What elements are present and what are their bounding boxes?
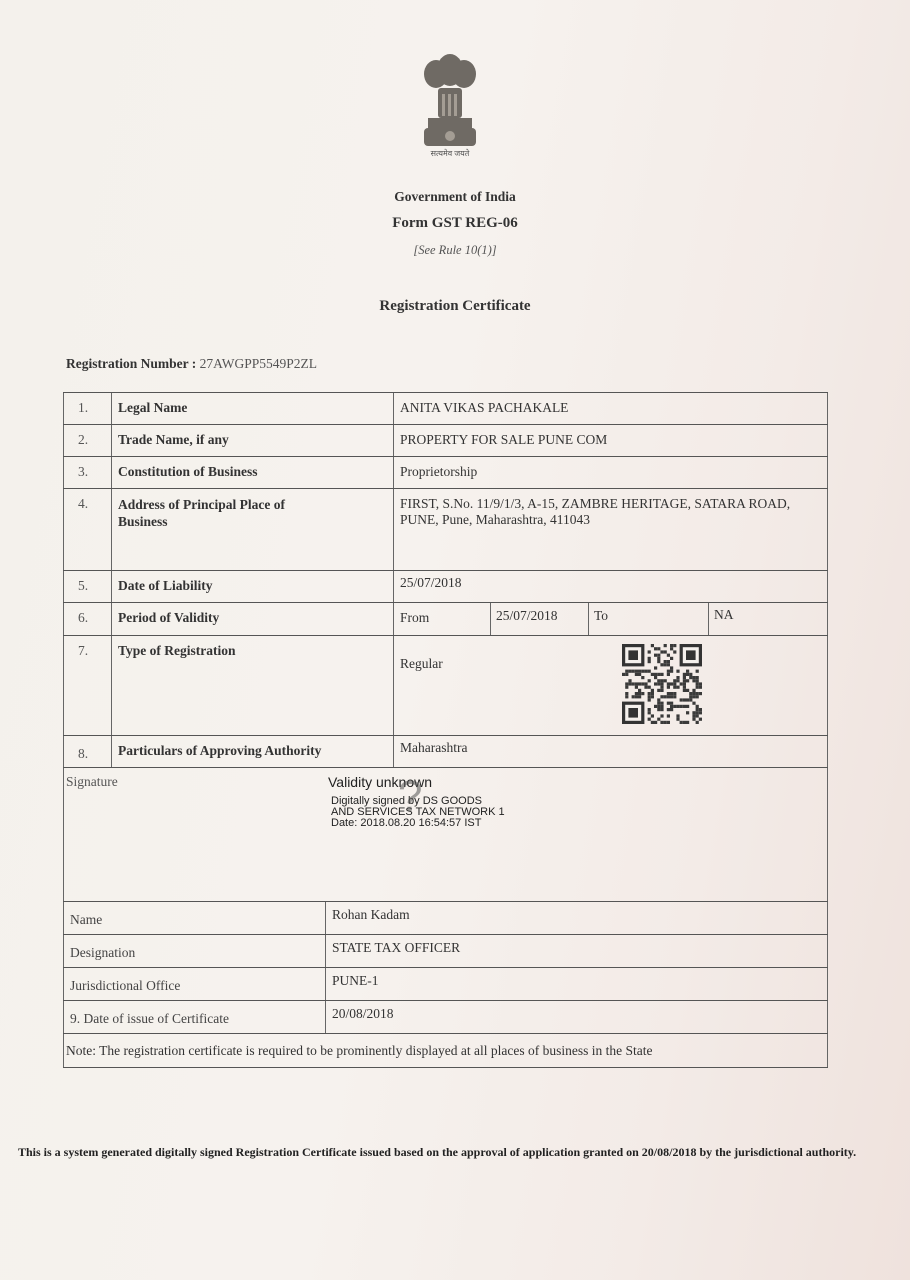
row-label: Type of Registration — [111, 636, 393, 736]
certificate-title: Registration Certificate — [0, 298, 910, 315]
row-label: Date of Liability — [111, 571, 393, 603]
registration-number: Registration Number : 27AWGPP5549P2ZL — [66, 356, 317, 372]
government-heading: Government of India — [0, 189, 910, 205]
constitution-value: Proprietorship — [393, 457, 828, 489]
table-row: 1. Legal Name ANITA VIKAS PACHAKALE — [63, 392, 828, 425]
form-heading: Form GST REG-06 — [0, 215, 910, 232]
table-row: Name Rohan Kadam — [63, 901, 828, 935]
jurisdictional-office-value: PUNE-1 — [325, 968, 828, 1001]
row-label: Particulars of Approving Authority — [111, 736, 393, 768]
table-row: 4. Address of Principal Place of Busines… — [63, 488, 828, 571]
signature-section: Signature ? Validity unknown Digitally s… — [63, 767, 828, 902]
table-row: 2. Trade Name, if any PROPERTY FOR SALE … — [63, 424, 828, 457]
from-label: From — [394, 603, 490, 636]
footer-statement: This is a system generated digitally sig… — [18, 1140, 898, 1165]
row-number: 3. — [63, 457, 111, 489]
row-label: Trade Name, if any — [111, 425, 393, 457]
note-row: Note: The registration certificate is re… — [63, 1033, 828, 1068]
address-value: FIRST, S.No. 11/9/1/3, A-15, ZAMBRE HERI… — [393, 489, 828, 571]
question-mark-icon: ? — [398, 772, 422, 822]
row-number: 6. — [63, 603, 111, 636]
officer-label: Name — [63, 902, 325, 935]
table-row: 9. Date of issue of Certificate 20/08/20… — [63, 1000, 828, 1034]
trade-name-value: PROPERTY FOR SALE PUNE COM — [393, 425, 828, 457]
designation-value: STATE TAX OFFICER — [325, 935, 828, 968]
qr-code-icon — [622, 644, 702, 724]
row-number: 1. — [63, 393, 111, 425]
table-row: 6. Period of Validity From 25/07/2018 To… — [63, 602, 828, 636]
valid-to-value: NA — [708, 603, 827, 636]
officer-label: Designation — [63, 935, 325, 968]
row-number: 5. — [63, 571, 111, 603]
table-row: Designation STATE TAX OFFICER — [63, 934, 828, 968]
table-row: 5. Date of Liability 25/07/2018 — [63, 570, 828, 603]
row-label: Period of Validity — [111, 603, 393, 636]
table-row: 3. Constitution of Business Proprietorsh… — [63, 456, 828, 489]
date-of-liability-value: 25/07/2018 — [393, 571, 828, 603]
officer-name-value: Rohan Kadam — [325, 902, 828, 935]
emblem-caption: सत्यमेव जयते — [412, 148, 488, 159]
rule-reference: [See Rule 10(1)] — [0, 243, 910, 258]
digital-signature: ? Validity unknown Digitally signed by D… — [328, 774, 505, 829]
row-label: Constitution of Business — [111, 457, 393, 489]
issue-date-value: 20/08/2018 — [325, 1001, 828, 1034]
registration-type: Regular — [400, 656, 443, 671]
registration-number-value: 27AWGPP5549P2ZL — [200, 356, 317, 371]
row-number: 7. — [63, 636, 111, 736]
table-row: 7. Type of Registration Regular — [63, 635, 828, 736]
approving-authority-value: Maharashtra — [393, 736, 828, 768]
row-label: Address of Principal Place of Business — [111, 489, 393, 571]
national-emblem-icon — [414, 52, 486, 152]
officer-label: 9. Date of issue of Certificate — [63, 1001, 325, 1034]
to-label: To — [588, 603, 708, 636]
row-number: 2. — [63, 425, 111, 457]
officer-label: Jurisdictional Office — [63, 968, 325, 1001]
legal-name-value: ANITA VIKAS PACHAKALE — [393, 393, 828, 425]
row-number: 8. — [63, 736, 111, 768]
table-row: Jurisdictional Office PUNE-1 — [63, 967, 828, 1001]
note-text: Note: The registration certificate is re… — [63, 1034, 828, 1068]
registration-number-label: Registration Number : — [66, 356, 196, 371]
type-of-registration-value: Regular — [393, 636, 828, 736]
period-of-validity: From 25/07/2018 To NA — [393, 603, 828, 636]
row-number: 4. — [63, 489, 111, 571]
table-row: 8. Particulars of Approving Authority Ma… — [63, 735, 828, 768]
row-label: Legal Name — [111, 393, 393, 425]
valid-from-value: 25/07/2018 — [490, 603, 588, 636]
